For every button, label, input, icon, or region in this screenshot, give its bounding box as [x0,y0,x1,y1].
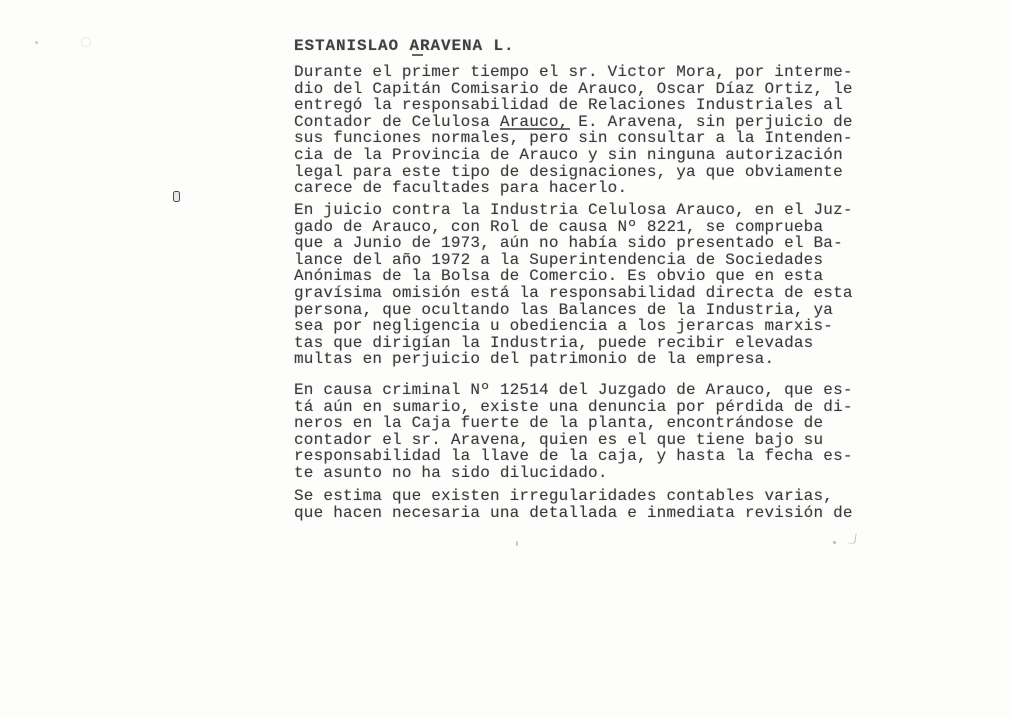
scan-speck [848,533,856,545]
arauco-underline-mark [500,128,570,130]
scan-speck [833,541,836,544]
ink-blot-mark [173,191,180,202]
paragraph-1: Durante el primer tiempo el sr. Victor M… [294,64,904,197]
scanned-document-page: ESTANISLAO ARAVENA L. Durante el primer … [0,0,1012,717]
paragraph-4: Se estima que existen irregularidades co… [294,488,904,521]
scan-speck [81,37,91,47]
scan-speck [35,41,38,44]
paragraph-2: En juicio contra la Industria Celulosa A… [294,202,904,368]
title-underline-mark [412,54,423,56]
document-title: ESTANISLAO ARAVENA L. [294,38,904,55]
paragraph-3: En causa criminal Nº 12514 del Juzgado d… [294,382,904,482]
scan-speck [516,541,518,546]
